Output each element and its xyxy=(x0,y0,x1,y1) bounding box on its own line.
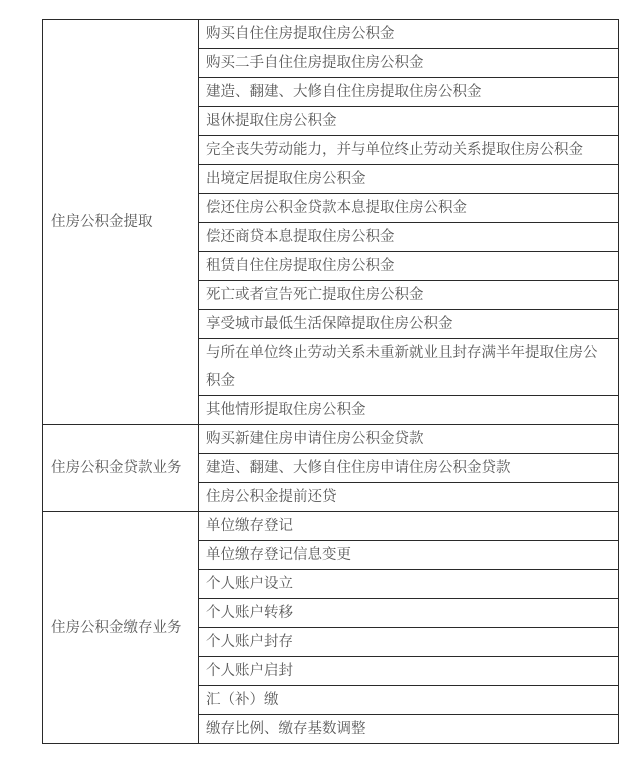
item-cell: 偿还住房公积金贷款本息提取住房公积金 xyxy=(199,194,619,223)
item-cell: 汇（补）缴 xyxy=(199,686,619,715)
category-cell: 住房公积金提取 xyxy=(43,20,199,425)
table-row: 住房公积金提取 购买自住住房提取住房公积金 xyxy=(43,20,619,49)
category-cell: 住房公积金缴存业务 xyxy=(43,512,199,744)
item-cell: 建造、翻建、大修自住住房提取住房公积金 xyxy=(199,78,619,107)
item-cell: 与所在单位终止劳动关系未重新就业且封存满半年提取住房公积金 xyxy=(199,339,619,396)
item-cell: 缴存比例、缴存基数调整 xyxy=(199,715,619,744)
item-cell: 死亡或者宣告死亡提取住房公积金 xyxy=(199,281,619,310)
item-cell: 个人账户设立 xyxy=(199,570,619,599)
item-cell: 偿还商贷本息提取住房公积金 xyxy=(199,223,619,252)
item-cell: 购买二手自住住房提取住房公积金 xyxy=(199,49,619,78)
item-cell: 享受城市最低生活保障提取住房公积金 xyxy=(199,310,619,339)
item-cell: 退休提取住房公积金 xyxy=(199,107,619,136)
item-cell: 建造、翻建、大修自住住房申请住房公积金贷款 xyxy=(199,454,619,483)
item-cell: 购买自住住房提取住房公积金 xyxy=(199,20,619,49)
item-cell: 单位缴存登记信息变更 xyxy=(199,541,619,570)
item-cell: 完全丧失劳动能力，并与单位终止劳动关系提取住房公积金 xyxy=(199,136,619,165)
table-row: 住房公积金贷款业务 购买新建住房申请住房公积金贷款 xyxy=(43,425,619,454)
category-cell: 住房公积金贷款业务 xyxy=(43,425,199,512)
item-cell: 个人账户转移 xyxy=(199,599,619,628)
item-cell: 个人账户封存 xyxy=(199,628,619,657)
item-cell: 租赁自住住房提取住房公积金 xyxy=(199,252,619,281)
item-cell: 其他情形提取住房公积金 xyxy=(199,396,619,425)
business-table: 住房公积金提取 购买自住住房提取住房公积金 购买二手自住住房提取住房公积金 建造… xyxy=(42,19,619,744)
item-cell: 出境定居提取住房公积金 xyxy=(199,165,619,194)
item-cell: 住房公积金提前还贷 xyxy=(199,483,619,512)
item-cell: 购买新建住房申请住房公积金贷款 xyxy=(199,425,619,454)
table-row: 住房公积金缴存业务 单位缴存登记 xyxy=(43,512,619,541)
item-cell: 单位缴存登记 xyxy=(199,512,619,541)
item-cell: 个人账户启封 xyxy=(199,657,619,686)
